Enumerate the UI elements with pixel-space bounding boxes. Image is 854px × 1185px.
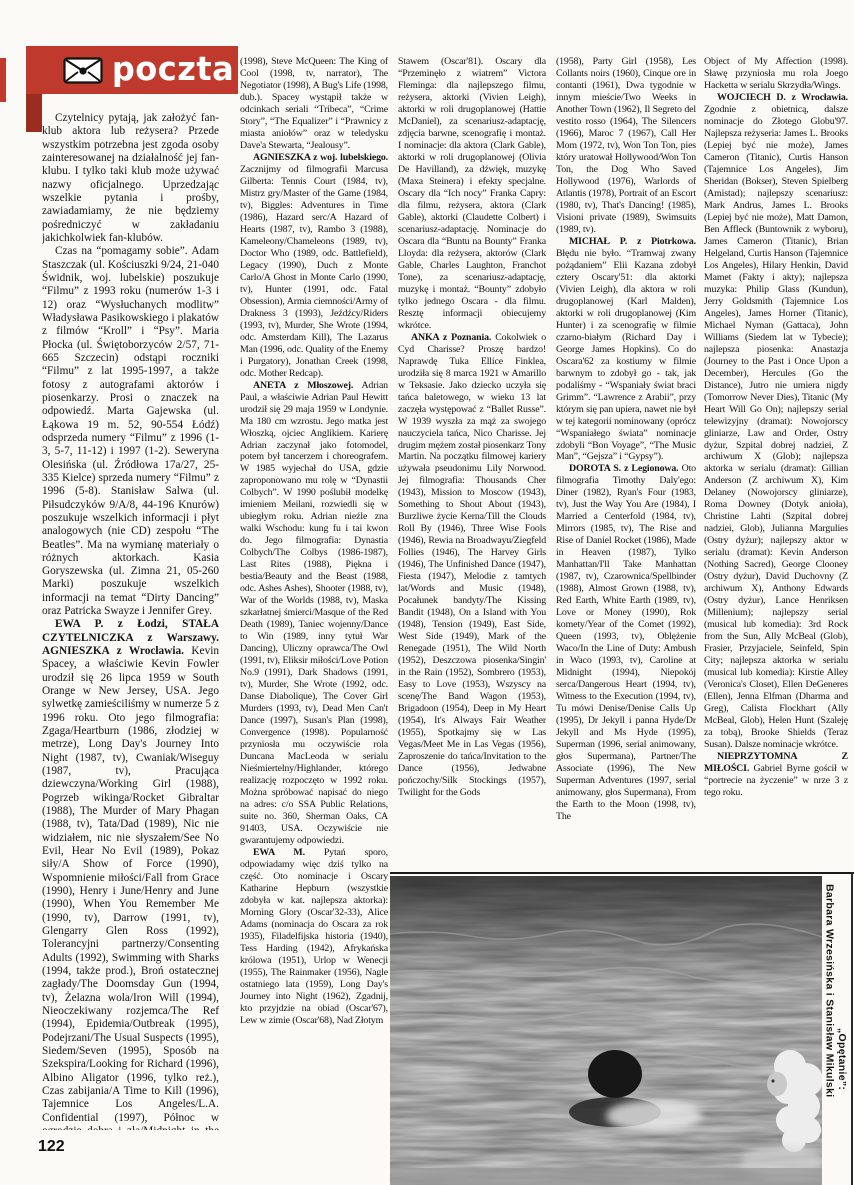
woman-face (767, 1072, 787, 1096)
charisse-continuation: (1958), Party Girl (1958), Les Collants … (556, 56, 696, 236)
letter-golden-globes: WOJCIECH D. z Wrocławia. Zgodnie z obiet… (704, 92, 848, 751)
caption-actor-names: Barbara Wrzesińska i Stanisław Mikulski (823, 882, 836, 1180)
page-number: 122 (38, 1138, 65, 1156)
magazine-page: poczta Czytelnicy pytają, jak założyć fa… (0, 0, 854, 1185)
water-splash (606, 1100, 702, 1132)
letter-katharine-hepburn: EWA M. Pytań sporo, odpowiadamy więc dzi… (240, 847, 388, 1027)
woman-eye (771, 1079, 774, 1082)
photo-caption: „Opętanie”: Barbara Wrzesińska i Stanisł… (823, 882, 848, 1180)
masthead-corner-tab (26, 94, 42, 132)
caption-film-title: „Opętanie”: (836, 882, 849, 1180)
photo-top-rule (390, 872, 854, 874)
letter-adrian-paul: ANETA z Młoszowej. Adrian Paul, a właści… (240, 380, 388, 847)
envelope-icon (63, 57, 103, 84)
text-column-4: (1958), Party Girl (1958), Les Collants … (556, 56, 696, 866)
letter-kevin-spacey: EWA P. z Łodzi, STAŁA CZYTELNICZKA z War… (42, 618, 219, 1130)
spacey-continuation: (1998), Steve McQueen: The King of Cool … (240, 56, 388, 152)
text-column-2: (1998), Steve McQueen: The King of Cool … (240, 56, 388, 1144)
pool-photo-illustration (390, 876, 822, 1185)
page-edge-rule (851, 872, 853, 1185)
text-column-3: Stawem (Oscar'81). Oscary dla “Przeminęł… (398, 56, 546, 866)
pool-scene-photo (390, 876, 822, 1185)
text-column-1: Czytelnicy pytają, jak założyć fan-klub … (42, 112, 219, 1130)
letter-marcus-gilbert: AGNIESZKA z woj. lubelskiego. Zacznijmy … (240, 152, 388, 380)
daly-continuation: Object of My Affection (1998). Sławę prz… (704, 56, 848, 92)
intro-paragraph: Czytelnicy pytają, jak założyć fan-klub … (42, 112, 219, 245)
letter-timothy-daly: DOROTA S. z Legionowa. Oto filmografia T… (556, 463, 696, 823)
letter-gabriel-byrne: NIEPRZYTOMNA Z MIŁOŚCI. Gabriel Byrne go… (704, 751, 848, 799)
page-edge-red-mark (0, 58, 6, 102)
exchange-ads-paragraph: Czas na “pomagamy sobie”. Adam Staszczak… (42, 245, 219, 618)
pool-edge-band (390, 1168, 822, 1185)
letter-streetcar-oscars: MICHAŁ P. z Piotrkowa. Błędu nie było. “… (556, 236, 696, 464)
text-column-5: Object of My Affection (1998). Sławę prz… (704, 56, 848, 848)
letter-cyd-charisse: ANKA z Poznania. Cokolwiek o Cyd Chariss… (398, 332, 546, 799)
section-title: poczta (112, 52, 234, 85)
poczta-masthead: poczta (26, 46, 238, 94)
man-head (588, 1050, 642, 1098)
oscars-continuation: Stawem (Oscar'81). Oscary dla “Przeminęł… (398, 56, 546, 332)
